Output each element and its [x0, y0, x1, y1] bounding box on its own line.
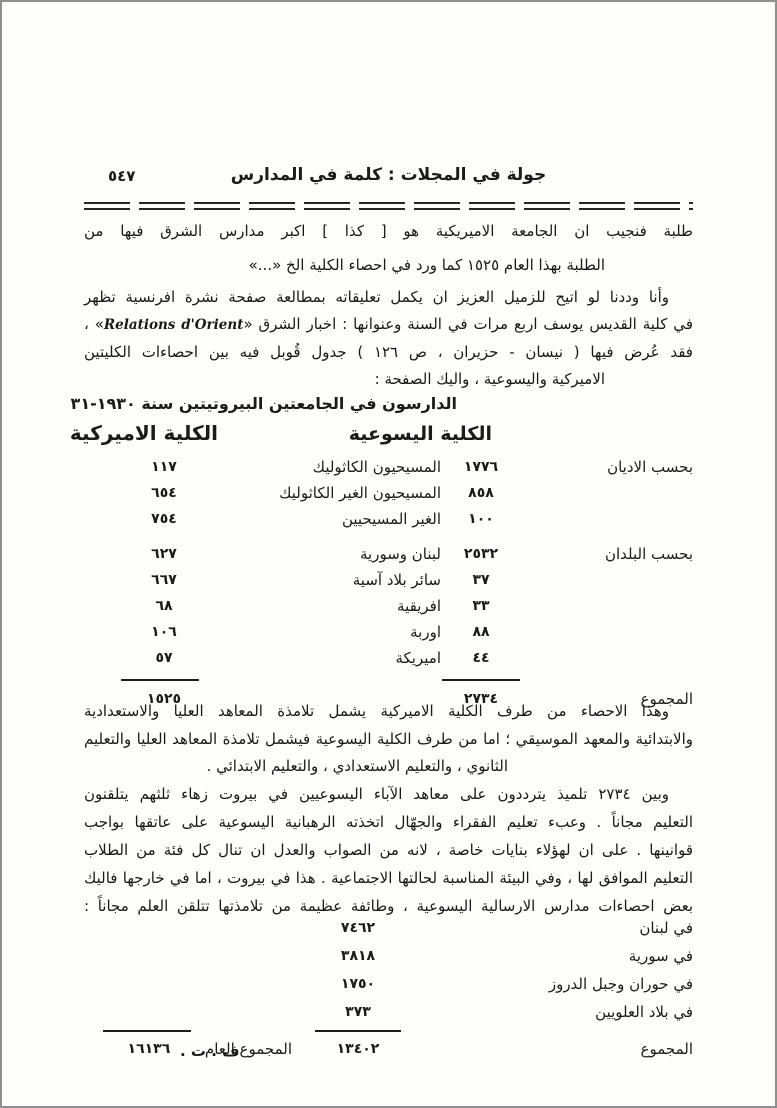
table-title: الدارسون في الجامعتين البيروتيتين سنة ١٩…	[197, 394, 457, 413]
scanned-journal-page: ٥٤٧ جولة في المجلات : كلمة في المدارس طل…	[0, 0, 777, 1108]
jesuit-count: ٢٥٣٢	[441, 546, 521, 562]
sum-rule	[103, 1030, 191, 1032]
total-label: المجموع	[418, 1040, 693, 1058]
category-label: الغير المسيحيين	[219, 510, 441, 528]
paragraph-3: وهذا الاحصاء من طرف الكلية الاميركية يشم…	[84, 698, 693, 781]
region-count: ٣٨١٨	[298, 948, 418, 964]
table-row: في بلاد العلويين ٣٧٣	[84, 998, 693, 1026]
category-label: لبنان وسورية	[219, 545, 441, 563]
text-line: وهذا الاحصاء من طرف الكلية الاميركية يشم…	[84, 698, 693, 726]
jesuit-count: ٣٧	[441, 572, 521, 588]
jesuit-count: ٨٨	[441, 624, 521, 640]
table-row: بحسب الاديان ١٧٧٦ المسيحيون الكاثوليك ١١…	[84, 454, 693, 480]
table-row: في سورية ٣٨١٨	[84, 942, 693, 970]
region-label: في لبنان	[418, 919, 693, 937]
group-label-countries: بحسب البلدان	[581, 545, 693, 563]
jesuit-count: ٨٥٨	[441, 485, 521, 501]
text-segment: » ،	[84, 315, 104, 333]
text-line: الطلبة بهذا العام ١٥٢٥ كما ورد في احصاء …	[84, 248, 605, 282]
region-count: ٣٧٣	[298, 1004, 418, 1020]
header-divider	[84, 202, 693, 214]
category-label: المسيحيون الكاثوليك	[219, 458, 441, 476]
totals-divider-row	[84, 1026, 693, 1035]
totals-divider-row	[84, 674, 693, 686]
text-line: فقد عُرض فيها ( نيسان - حزيران ، ص ١٢٦ )…	[84, 339, 693, 366]
table-row: ٨٥٨ المسيحيون الغير الكاثوليك ٦٥٤	[84, 480, 693, 506]
page-number: ٥٤٧	[108, 167, 135, 185]
text-line: في كلية القديس يوسف اربع مرات في السنة و…	[84, 311, 693, 339]
text-line: وأنا وددنا لو اتيح للزميل العزيز ان يكمل…	[84, 284, 693, 311]
text-line: التعليم مجاناً . وعبء تعليم الفقراء والج…	[84, 808, 693, 836]
region-count: ١٧٥٠	[298, 976, 418, 992]
column-header-jesuit-college: الكلية اليسوعية	[374, 423, 492, 445]
american-count: ١٠٦	[129, 624, 199, 640]
jesuit-count: ٣٣	[441, 598, 521, 614]
american-count: ٦٦٧	[129, 572, 199, 588]
table-row: ٣٧ سائر بلاد آسية ٦٦٧	[84, 567, 693, 593]
american-count: ٦٢٧	[129, 546, 199, 562]
text-line: التعليم الموافق لها ، وفي البيئة المناسب…	[84, 864, 693, 892]
table-row: في حوران وجبل الدروز ١٧٥٠	[84, 970, 693, 998]
text-line: الثانوي ، والتعليم الاستعدادي ، والتعليم…	[84, 753, 508, 781]
category-label: افريقية	[219, 597, 441, 615]
text-segment: في كلية القديس يوسف اربع مرات في السنة و…	[243, 315, 693, 333]
paragraph-2: وأنا وددنا لو اتيح للزميل العزيز ان يكمل…	[84, 284, 693, 393]
author-initials: ف . ت .	[180, 1042, 240, 1060]
jesuit-count: ١٧٧٦	[441, 459, 521, 475]
text-line: قوانينها . على ان لهؤلاء بنايات خاصة ، ل…	[84, 836, 693, 864]
text-line: وبين ٢٧٣٤ تلميذ يترددون على معاهد الآباء…	[84, 780, 693, 808]
sum-rule	[315, 1030, 401, 1032]
category-label: اوربة	[219, 623, 441, 641]
table-row: بحسب البلدان ٢٥٣٢ لبنان وسورية ٦٢٧	[84, 541, 693, 567]
page-header: ٥٤٧ جولة في المجلات : كلمة في المدارس	[84, 165, 693, 185]
column-header-american-college: الكلية الاميركية	[106, 421, 218, 445]
missions-table: في لبنان ٧٤٦٢ في سورية ٣٨١٨ في حوران وجب…	[84, 914, 693, 1063]
latin-journal-title: Relations d'Orient	[104, 317, 244, 333]
region-label: في سورية	[418, 947, 693, 965]
region-label: في حوران وجبل الدروز	[418, 975, 693, 993]
group-label-religions: بحسب الاديان	[581, 458, 693, 476]
total-value: ١٣٤٠٢	[298, 1041, 418, 1057]
american-count: ١١٧	[129, 459, 199, 475]
american-count: ٦٨	[129, 598, 199, 614]
region-count: ٧٤٦٢	[298, 920, 418, 936]
category-label: اميريكة	[219, 649, 441, 667]
text-line: الاميركية واليسوعية ، واليك الصفحة :	[84, 366, 605, 393]
paragraph-4: وبين ٢٧٣٤ تلميذ يترددون على معاهد الآباء…	[84, 780, 693, 920]
jesuit-count: ٤٤	[441, 650, 521, 666]
table-row: ٤٤ اميريكة ٥٧	[84, 645, 693, 671]
text-line: طلبة فنجيب ان الجامعة الاميريكية هو [ كذ…	[84, 214, 693, 248]
page-title: جولة في المجلات : كلمة في المدارس	[231, 165, 546, 185]
jesuit-count: ١٠٠	[441, 511, 521, 527]
category-label: المسيحيون الغير الكاثوليك	[219, 484, 441, 502]
american-count: ٦٥٤	[129, 485, 199, 501]
sum-rule	[442, 679, 520, 681]
table-row: ٨٨ اوربة ١٠٦	[84, 619, 693, 645]
category-label: سائر بلاد آسية	[219, 571, 441, 589]
american-count: ٥٧	[129, 650, 199, 666]
region-label: في بلاد العلويين	[418, 1003, 693, 1021]
table-row: ٣٣ افريقية ٦٨	[84, 593, 693, 619]
text-line: والابتدائية والمعهد الموسيقي ؛ اما من طر…	[84, 726, 693, 754]
table-row: في لبنان ٧٤٦٢	[84, 914, 693, 942]
total-row: المجموع ١٣٤٠٢ المجموع العام ١٦١٣٦	[84, 1035, 693, 1063]
table-row: ١٠٠ الغير المسيحيين ٧٥٤	[84, 506, 693, 532]
enrollment-table: بحسب الاديان ١٧٧٦ المسيحيون الكاثوليك ١١…	[84, 454, 693, 712]
sum-rule	[121, 679, 199, 681]
paragraph-1: طلبة فنجيب ان الجامعة الاميريكية هو [ كذ…	[84, 214, 693, 282]
american-count: ٧٥٤	[129, 511, 199, 527]
